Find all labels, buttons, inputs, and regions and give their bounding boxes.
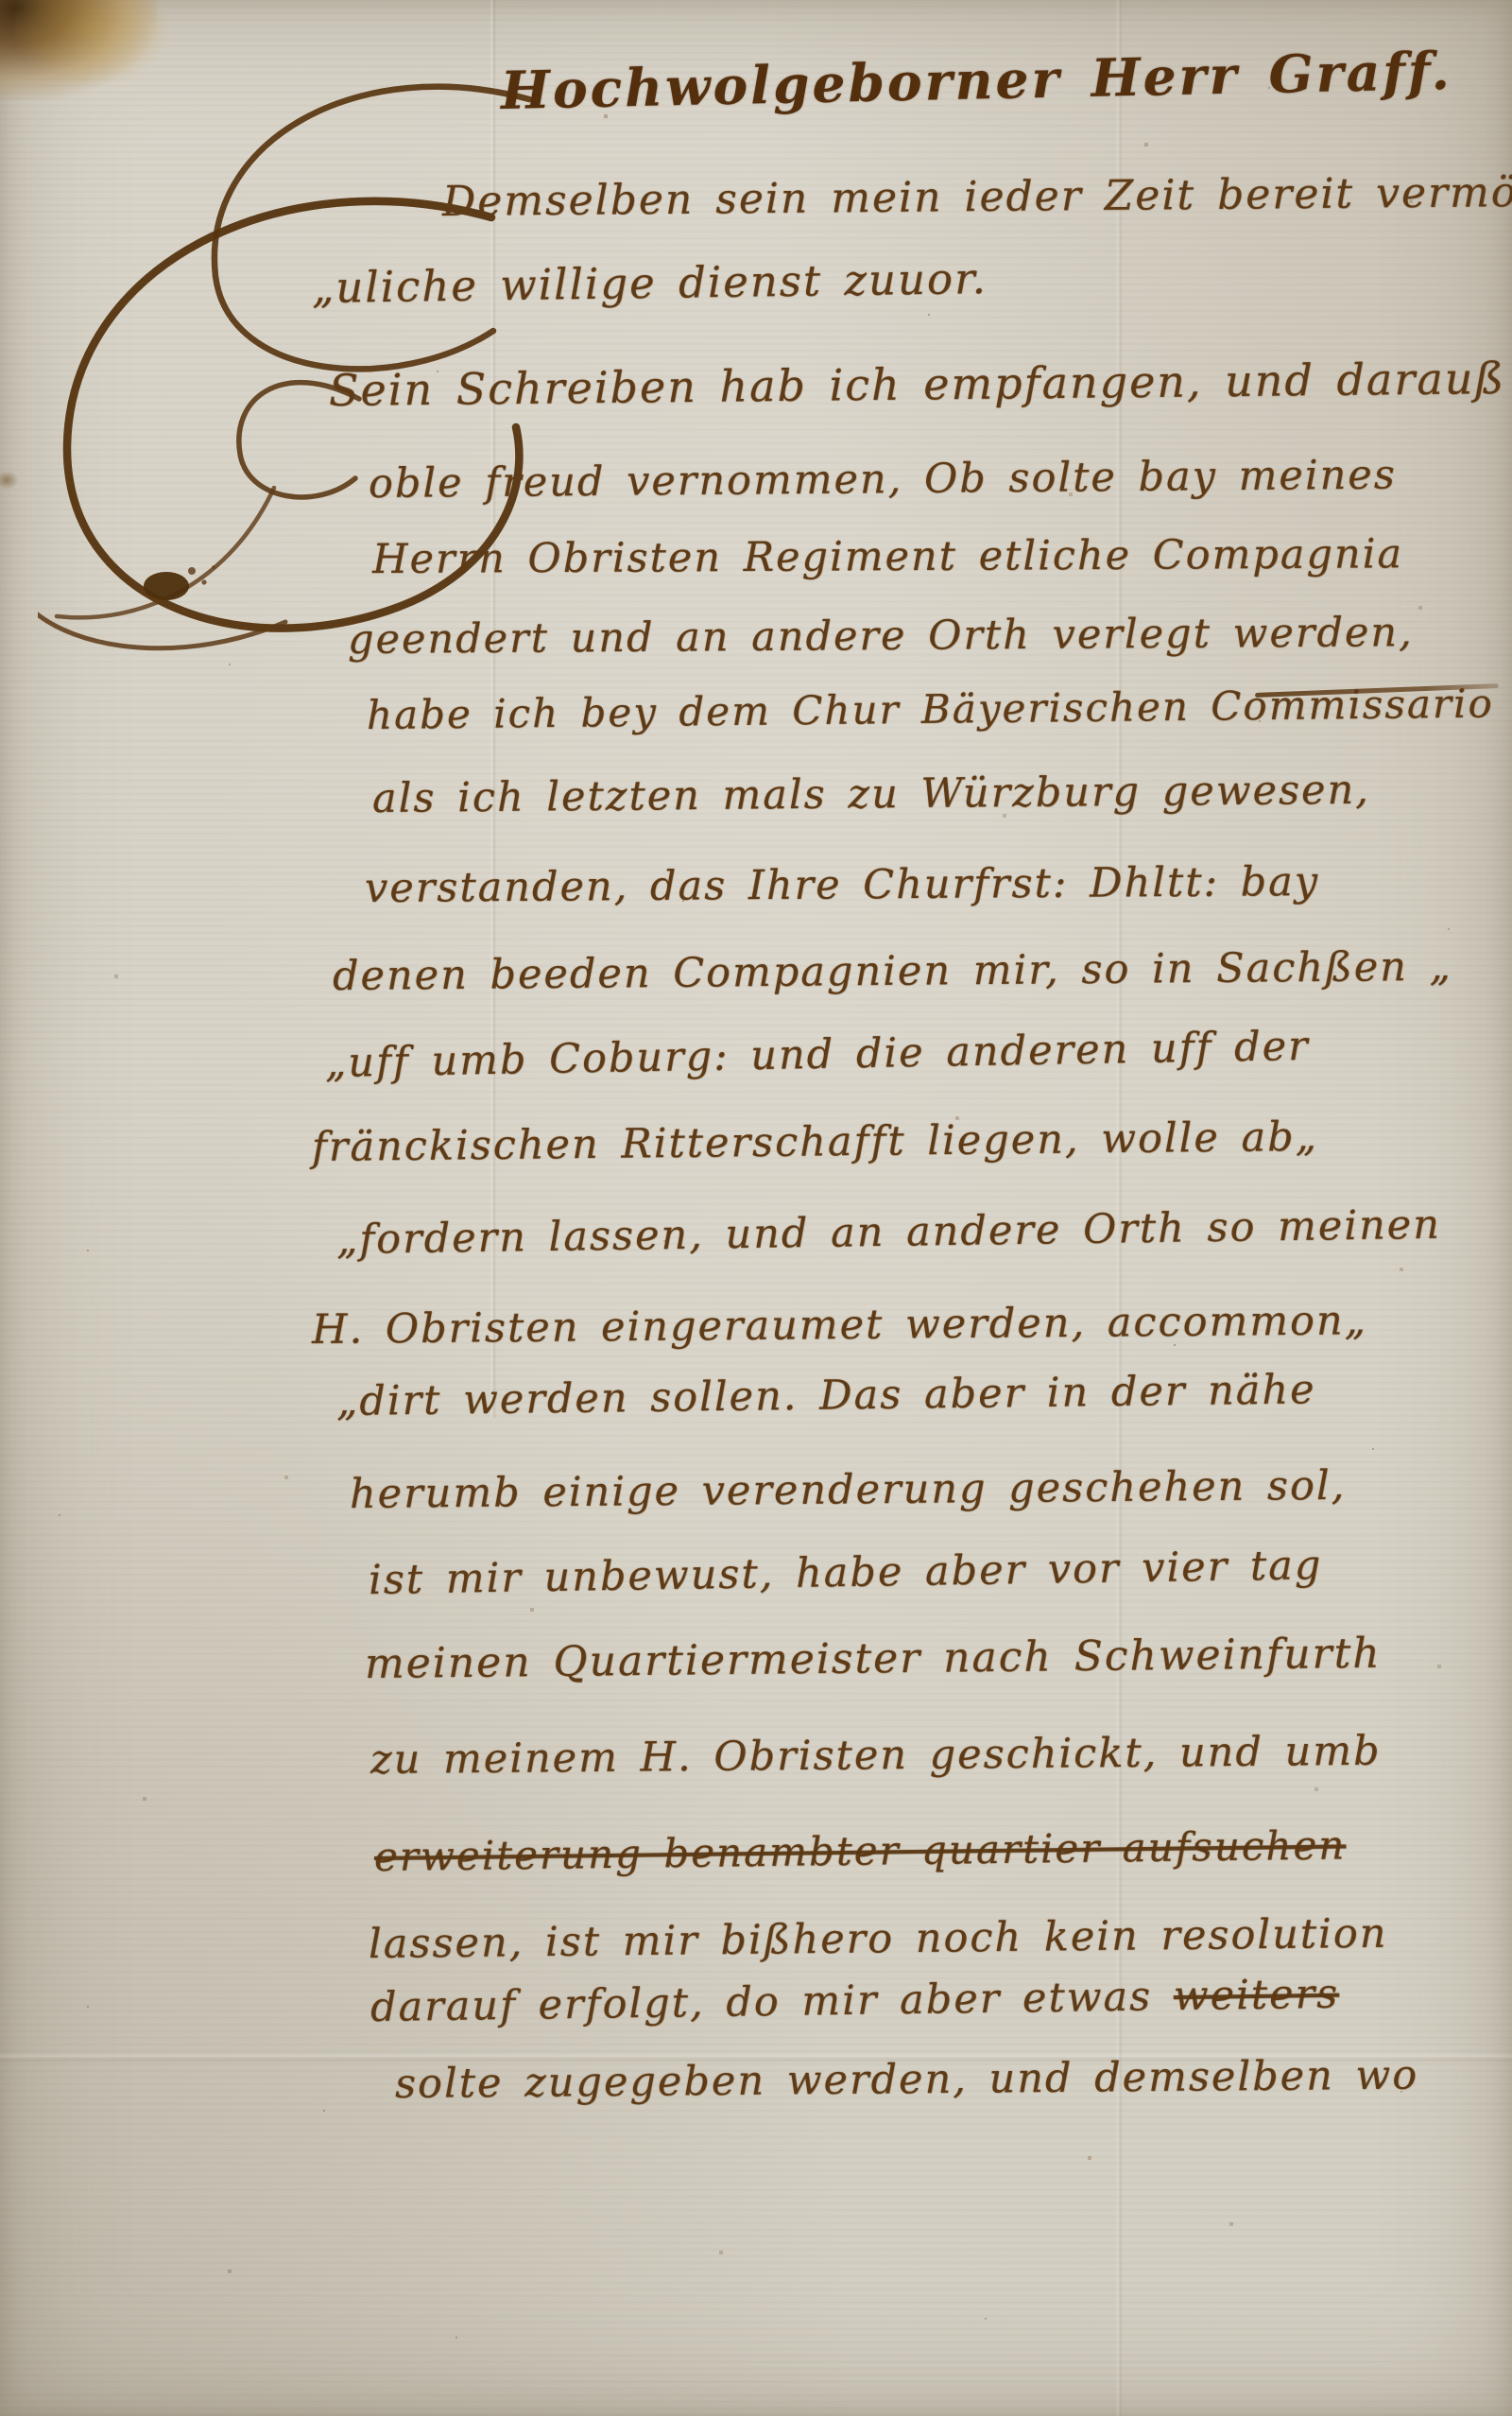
manuscript-line: solte zugegeben werden, und demselben wo [395,2056,1419,2105]
manuscript-line-text: Herrn Obristen Regiment etliche Compagni… [372,530,1403,583]
manuscript-line-text: zu meinem H. Obristen geschickt, und umb [370,1728,1382,1784]
manuscript-line-text: verstanden, das Ihre Churfrst: Dhltt: ba… [365,858,1319,912]
manuscript-line-text: darauf erfolgt, do mir aber etwas [370,1973,1175,2031]
manuscript-line-text: H. Obristen eingeraumet werden, accommon… [312,1297,1367,1354]
manuscript-line: „dirt werden sollen. Das aber in der näh… [336,1370,1316,1423]
manuscript-line: verstanden, das Ihre Churfrst: Dhltt: ba… [365,862,1319,909]
manuscript-line-text: solte zugegeben werden, und demselben wo [395,2052,1419,2108]
manuscript-line: erweiterung benambter quartier aufsuchen [374,1825,1347,1877]
ink-blot [144,565,215,613]
manuscript-line: herumb einige verenderung geschehen sol, [350,1466,1347,1515]
manuscript-line: „uliche willige dienst zuuor. [312,257,988,309]
manuscript-line-text: geendert und an andere Orth verlegt werd… [348,609,1414,664]
manuscript-line-text: fränckischen Ritterschafft liegen, wolle… [312,1113,1318,1171]
manuscript-line-text: denen beeden Compagnien mir, so in Sachß… [333,943,1452,1000]
manuscript-line-text: „uliche willige dienst zuuor. [312,253,988,313]
manuscript-line: Herrn Obristen Regiment etliche Compagni… [372,534,1403,580]
manuscript-page: Hochwolgeborner Herr Graff. Demselben se… [0,0,1512,2416]
manuscript-line-text: als ich letzten mals zu Würzburg gewesen… [372,767,1370,822]
paper-stain [15,0,166,85]
manuscript-line: als ich letzten mals zu Würzburg gewesen… [372,770,1370,820]
manuscript-line: meinen Quartiermeister nach Schweinfurth [365,1633,1382,1685]
manuscript-line: Demselben sein mein ieder Zeit bereit ve… [442,172,1512,223]
manuscript-line-text: lassen, ist mir bißhero noch kein resolu… [369,1910,1388,1968]
manuscript-line: lassen, ist mir bißhero noch kein resolu… [369,1914,1388,1965]
manuscript-line-text: ist mir unbewust, habe aber vor vier tag [369,1542,1323,1604]
letter-salutation: Hochwolgeborner Herr Graff. [500,44,1452,116]
manuscript-line: „uff umb Coburg: und die anderen uff der [325,1027,1310,1084]
manuscript-line-text: Demselben sein mein ieder Zeit bereit ve… [442,168,1512,226]
manuscript-line: fränckischen Ritterschafft liegen, wolle… [312,1117,1318,1168]
manuscript-line: denen beeden Compagnien mir, so in Sachß… [333,947,1452,997]
manuscript-line-struck-text: weiters [1173,1971,1339,2020]
manuscript-line: darauf erfolgt, do mir aber etwas weiter… [370,1975,1340,2028]
manuscript-line-text: „uff umb Coburg: und die anderen uff der [325,1023,1310,1087]
manuscript-line-text: herumb einige verenderung geschehen sol, [350,1462,1347,1518]
paper-stain [0,471,19,490]
manuscript-line-text: Sein Schreiben hab ich empfangen, und da… [329,353,1506,416]
manuscript-line: geendert und an andere Orth verlegt werd… [348,613,1414,661]
manuscript-line: H. Obristen eingeraumet werden, accommon… [312,1301,1367,1351]
manuscript-line: zu meinem H. Obristen geschickt, und umb [370,1732,1382,1781]
manuscript-line-text: meinen Quartiermeister nach Schweinfurth [365,1630,1382,1688]
manuscript-line-text: erweiterung benambter quartier aufsuchen [374,1821,1347,1880]
manuscript-line: ist mir unbewust, habe aber vor vier tag [369,1545,1323,1601]
manuscript-line-text: „dirt werden sollen. Das aber in der näh… [336,1366,1316,1425]
manuscript-line-text: habe ich bey dem Chur Bäyerischen Commis… [367,681,1494,738]
manuscript-line: Sein Schreiben hab ich empfangen, und da… [329,356,1506,412]
manuscript-line: oble freud vernommen, Ob solte bay meine… [369,456,1397,505]
manuscript-line-text: „fordern lassen, und an andere Orth so m… [336,1201,1442,1264]
manuscript-line-text: oble freud vernommen, Ob solte bay meine… [369,452,1397,508]
paper-specks [0,0,2,2]
manuscript-line: „fordern lassen, und an andere Orth so m… [336,1205,1441,1261]
